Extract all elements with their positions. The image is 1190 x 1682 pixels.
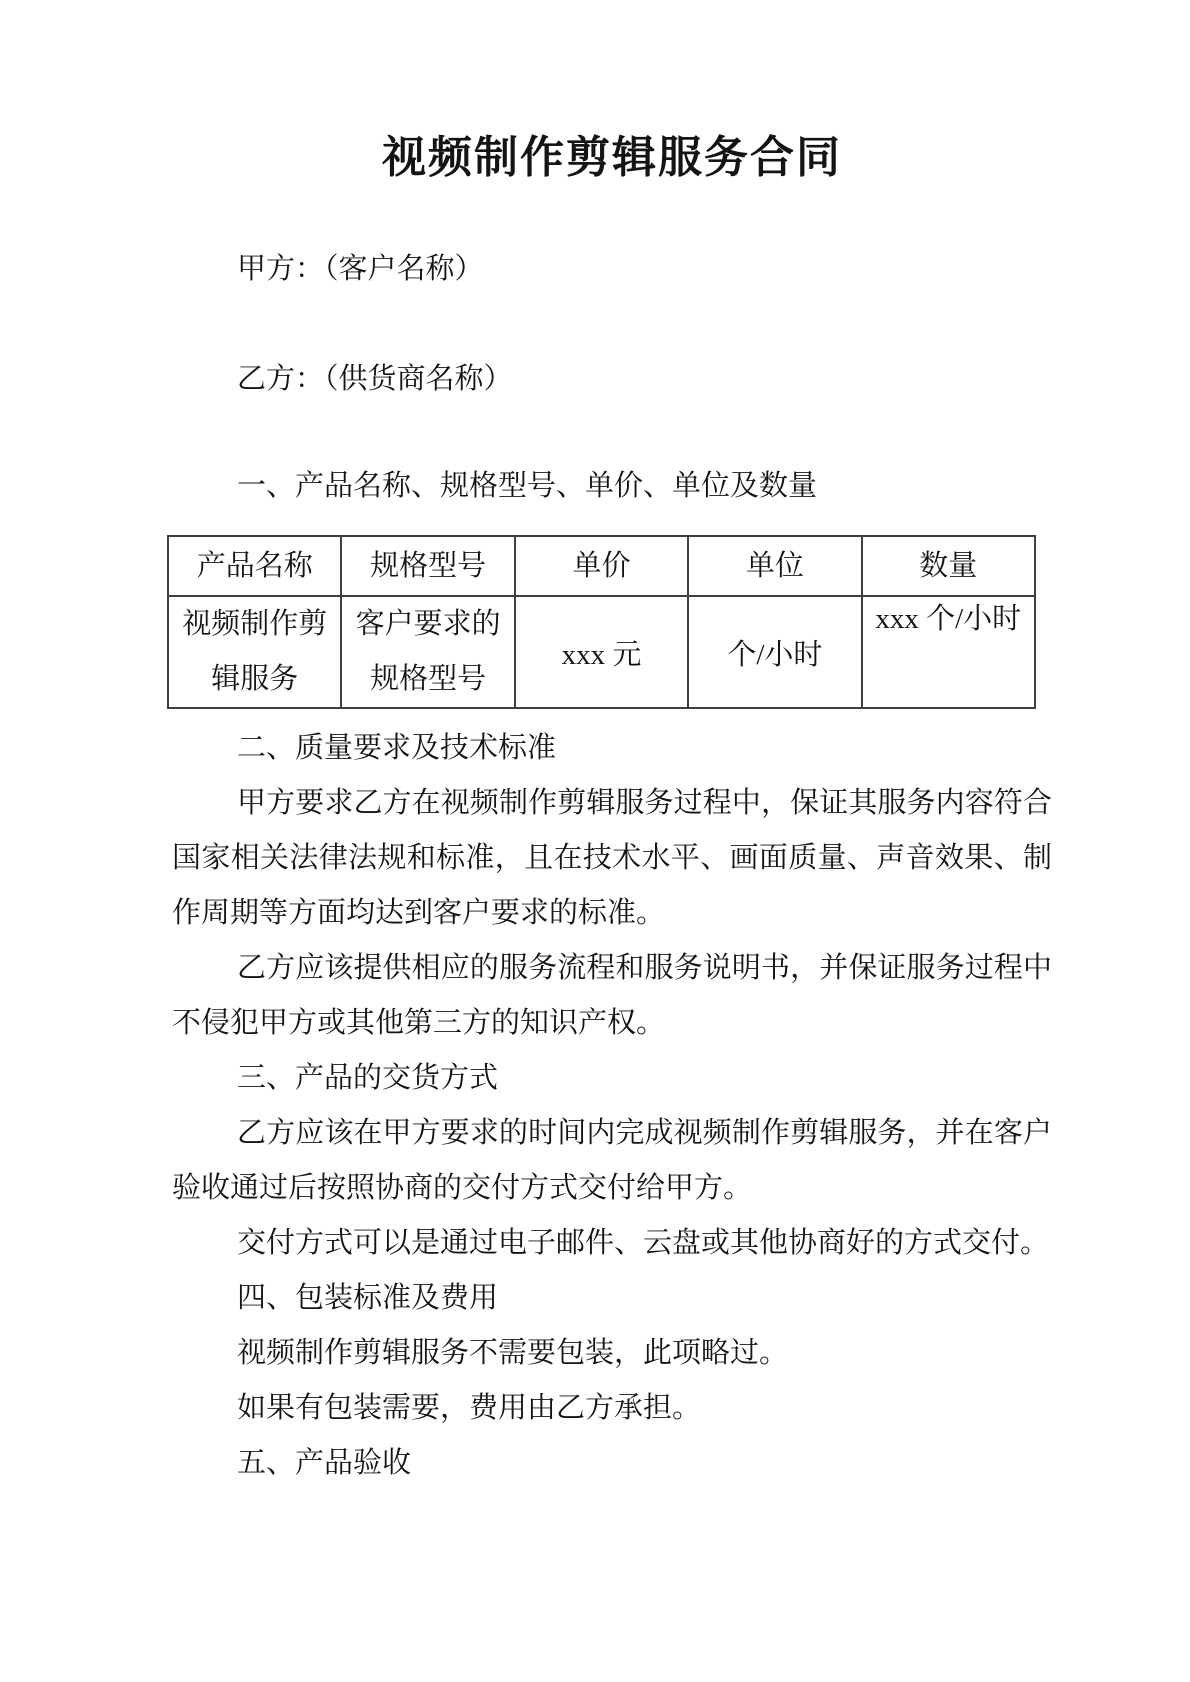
column-header-unit-price: 单价 [515, 536, 688, 596]
column-header-quantity: 数量 [862, 536, 1035, 596]
section-1-heading: 一、产品名称、规格型号、单价、单位及数量 [172, 459, 1052, 514]
cell-spec-model: 客户要求的规格型号 [341, 596, 514, 708]
section-4-paragraph-1: 视频制作剪辑服务不需要包装，此项略过。 [172, 1326, 1052, 1381]
section-3-paragraph-2: 交付方式可以是通过电子邮件、云盘或其他协商好的方式交付。 [172, 1216, 1052, 1271]
party-a-line: 甲方：（客户名称） [172, 242, 1052, 297]
column-header-product-name: 产品名称 [168, 536, 341, 596]
section-4-heading: 四、包装标准及费用 [172, 1271, 1052, 1326]
product-table-row: 视频制作剪辑服务 客户要求的规格型号 xxx 元 个/小时 xxx 个/小时 [168, 596, 1035, 708]
product-spec-table: 产品名称 规格型号 单价 单位 数量 视频制作剪辑服务 客户要求的规格型号 xx… [167, 535, 1036, 709]
party-b-line: 乙方：（供货商名称） [172, 352, 1052, 407]
cell-quantity: xxx 个/小时 [862, 596, 1035, 708]
section-3-heading: 三、产品的交货方式 [172, 1051, 1052, 1106]
column-header-unit: 单位 [688, 536, 861, 596]
section-2-paragraph-2: 乙方应该提供相应的服务流程和服务说明书，并保证服务过程中不侵犯甲方或其他第三方的… [172, 941, 1052, 1051]
cell-product-name: 视频制作剪辑服务 [168, 596, 341, 708]
column-header-spec-model: 规格型号 [341, 536, 514, 596]
section-4-paragraph-2: 如果有包装需要，费用由乙方承担。 [172, 1381, 1052, 1436]
cell-unit: 个/小时 [688, 596, 861, 708]
product-table-header-row: 产品名称 规格型号 单价 单位 数量 [168, 536, 1035, 596]
document-title: 视频制作剪辑服务合同 [172, 128, 1052, 188]
section-3-paragraph-1: 乙方应该在甲方要求的时间内完成视频制作剪辑服务，并在客户验收通过后按照协商的交付… [172, 1106, 1052, 1216]
section-2-paragraph-1: 甲方要求乙方在视频制作剪辑服务过程中，保证其服务内容符合国家相关法律法规和标准，… [172, 776, 1052, 941]
contract-document-page: 视频制作剪辑服务合同 甲方：（客户名称） 乙方：（供货商名称） 一、产品名称、规… [0, 0, 1190, 1682]
cell-unit-price: xxx 元 [515, 596, 688, 708]
document-content: 视频制作剪辑服务合同 甲方：（客户名称） 乙方：（供货商名称） 一、产品名称、规… [0, 128, 1190, 1491]
section-5-heading: 五、产品验收 [172, 1436, 1052, 1491]
section-2-heading: 二、质量要求及技术标准 [172, 721, 1052, 776]
